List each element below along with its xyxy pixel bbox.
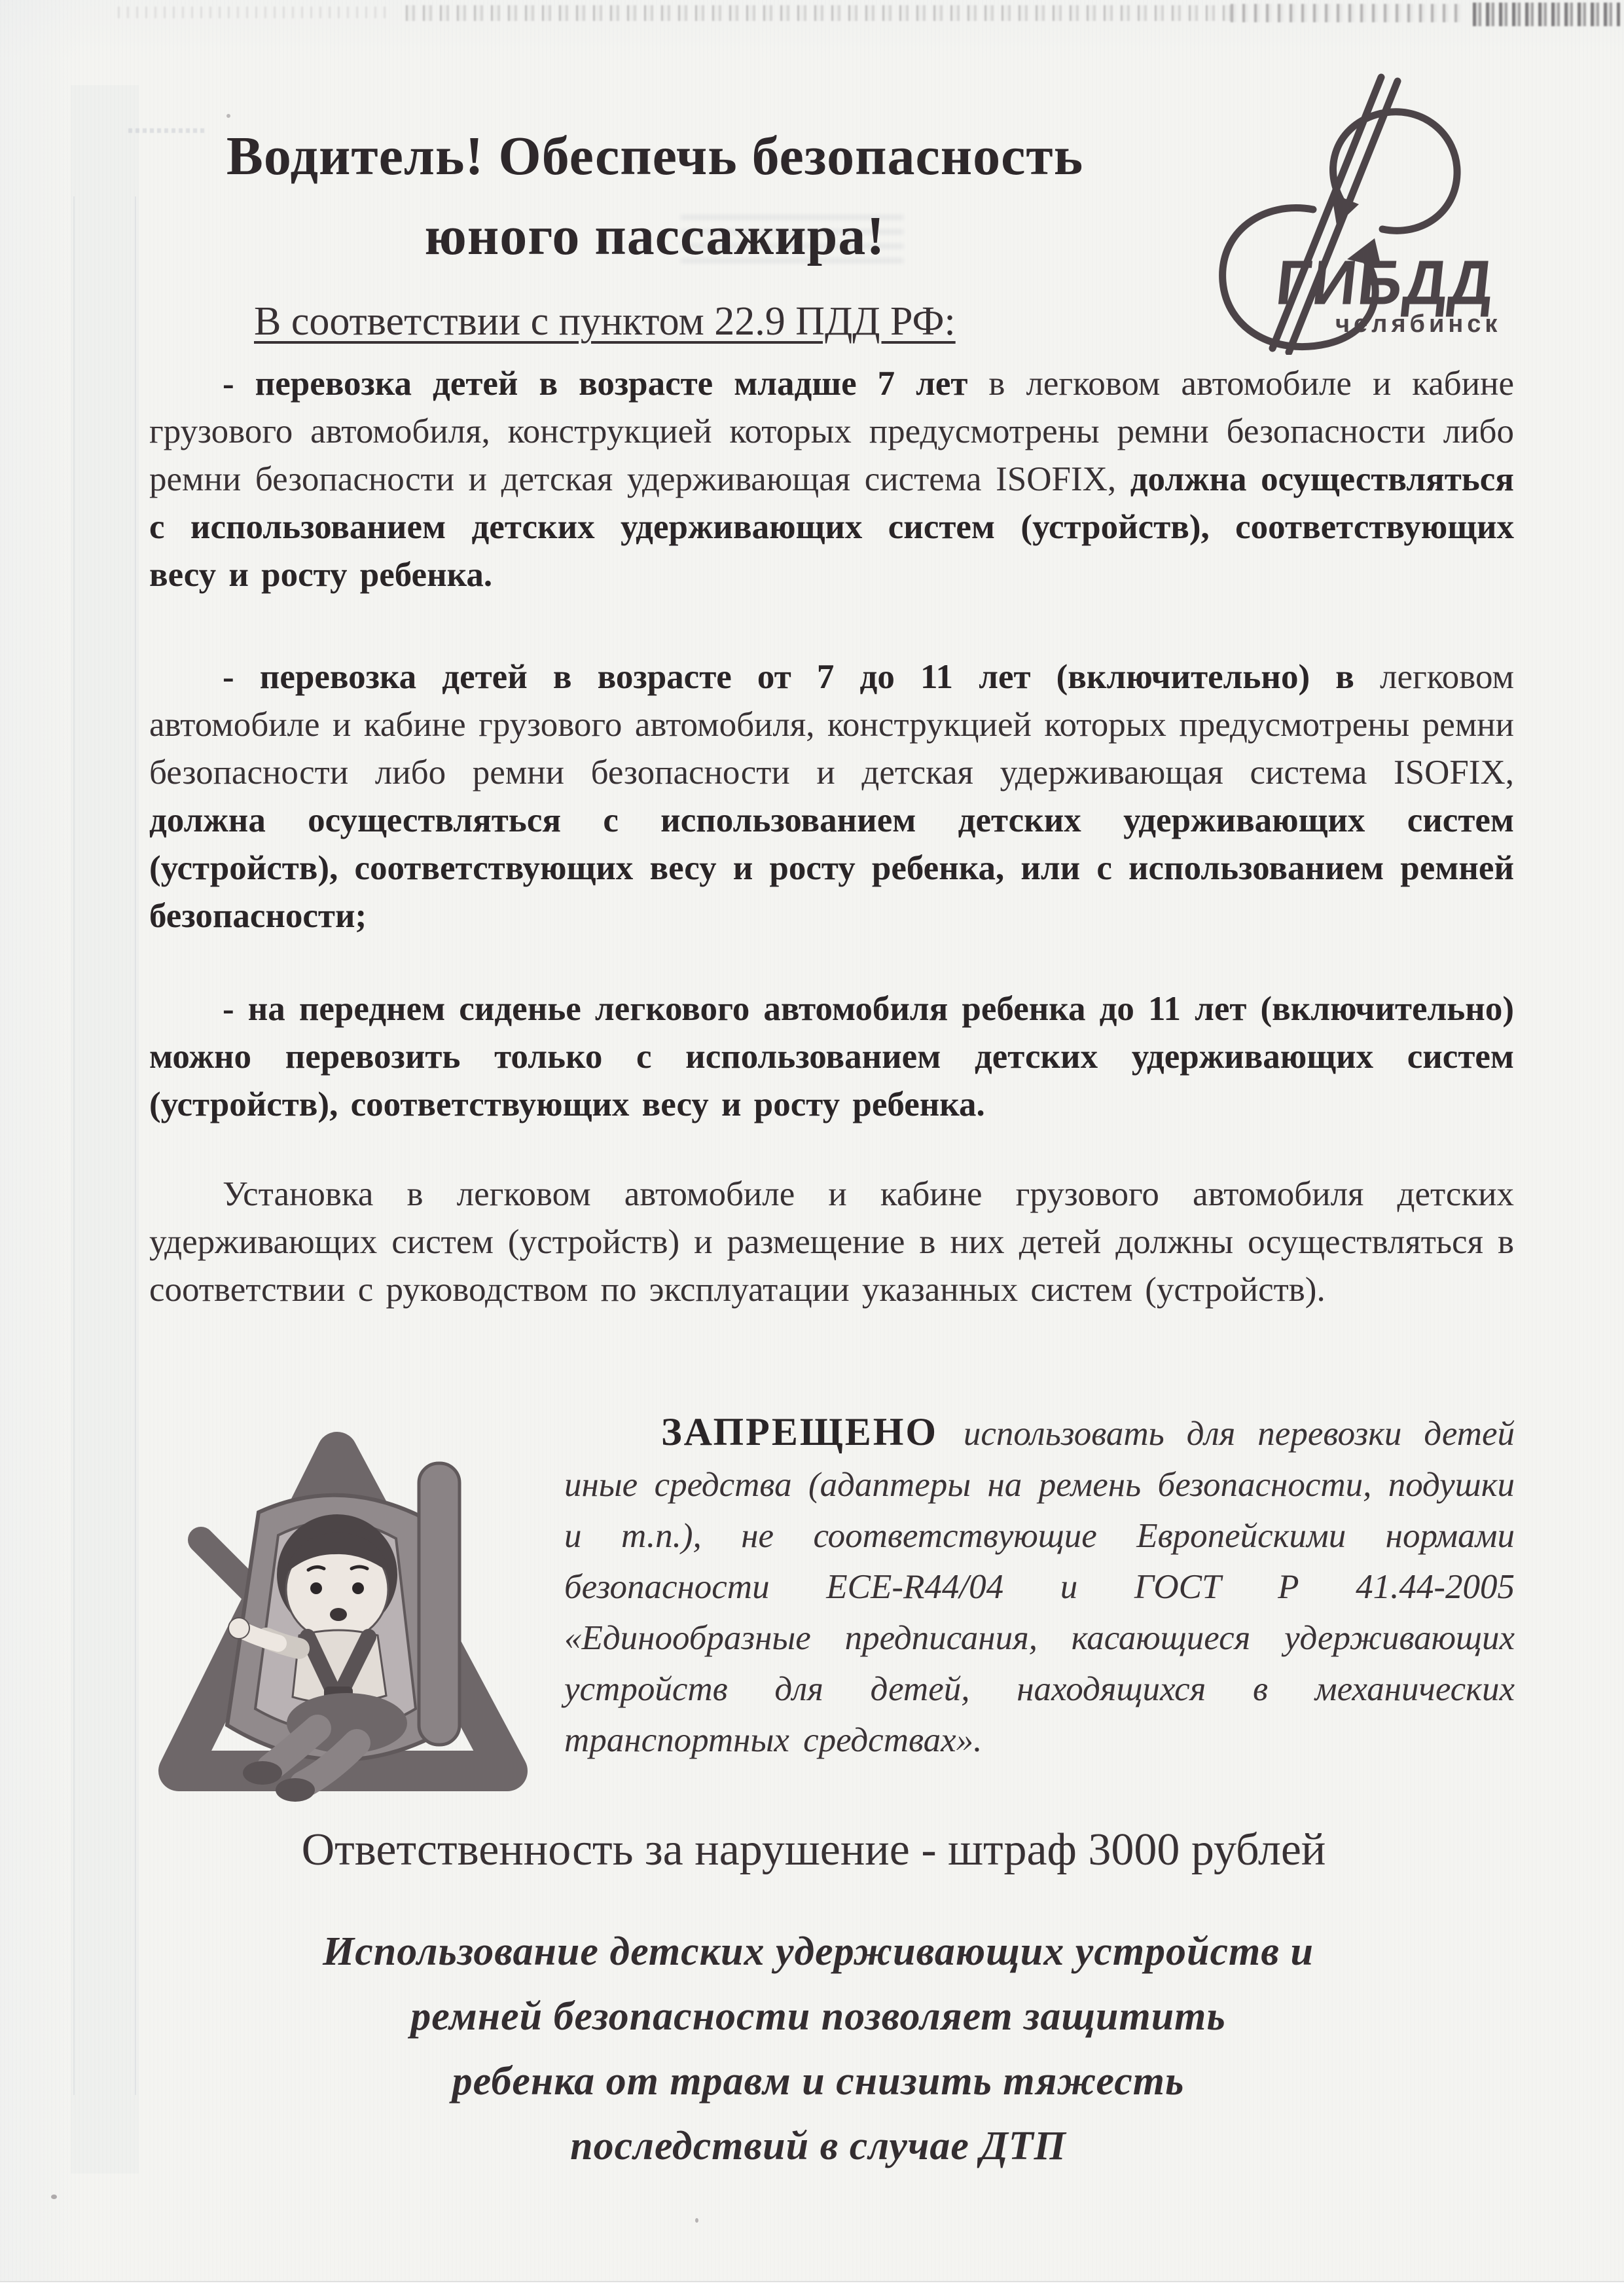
forbidden-notice: ЗАПРЕЩЕНО использовать для перевозки дет…	[564, 1406, 1515, 1766]
slogan-block: Использование детских удерживающих устро…	[157, 1920, 1479, 2179]
scan-noise-top	[118, 7, 393, 18]
penalty-line: Ответственность за нарушение - штраф 300…	[149, 1824, 1478, 1876]
text-run: - перевозка детей в возрасте от 7 до 11 …	[223, 658, 1380, 696]
child-hand	[228, 1618, 249, 1639]
title-line-2: юного пассажира!	[149, 196, 1161, 276]
bleedthrough-strip	[71, 85, 139, 2174]
text-run: использовать для перевозки детей иные ср…	[564, 1415, 1515, 1759]
dust-speck	[51, 2195, 57, 2199]
child-eye	[352, 1582, 364, 1594]
dust-speck	[695, 2218, 698, 2223]
scan-noise-top-corner	[1473, 3, 1620, 26]
text-run: ЗАПРЕЩЕНО	[661, 1410, 964, 1453]
slogan-line: Использование детских удерживающих устро…	[157, 1920, 1479, 1984]
leaflet-title: Водитель! Обеспечь безопасность юного па…	[149, 117, 1161, 276]
child-shoe	[276, 1778, 315, 1802]
text-run: - на переднем сиденье легкового автомоби…	[149, 990, 1514, 1123]
slogan-line: ремней безопасности позволяет защитить	[157, 1984, 1479, 2049]
section-heading: В соответствии с пунктом 22.9 ПДД РФ:	[254, 299, 956, 345]
logo-city-name: челябинск	[1335, 310, 1501, 338]
child-eye	[310, 1582, 322, 1594]
child-mouth	[330, 1608, 347, 1621]
paragraph-installation: Установка в легковом автомобиле и кабине…	[149, 1171, 1514, 1314]
paragraph-7-to-11: - перевозка детей в возрасте от 7 до 11 …	[149, 653, 1514, 940]
paragraph-front-seat: - на переднем сиденье легкового автомоби…	[149, 985, 1514, 1129]
text-run: должна осуществляться с использованием д…	[149, 801, 1514, 935]
paragraph-under-7: - перевозка детей в возрасте младше 7 ле…	[149, 360, 1514, 599]
text-run: Установка в легковом автомобиле и кабине…	[149, 1175, 1514, 1309]
scan-noise-top	[406, 5, 1231, 21]
scan-noise-top	[1231, 4, 1466, 22]
slogan-line: ребенка от травм и снизить тяжесть	[157, 2049, 1479, 2114]
seat-handle	[419, 1463, 460, 1745]
title-line-1: Водитель! Обеспечь безопасность	[149, 117, 1161, 196]
child-car-seat-illustration	[121, 1414, 547, 1817]
slogan-line: последствий в случае ДТП	[157, 2114, 1479, 2179]
text-run: - перевозка детей в возрасте младше 7 ле…	[223, 365, 988, 403]
scanned-leaflet-page: { "document": { "title": { "line1": "Вод…	[0, 0, 1624, 2296]
bleedthrough-line	[73, 196, 75, 2095]
logo-org-name: ГИБДД	[1272, 247, 1498, 319]
child-shoe	[243, 1761, 282, 1785]
